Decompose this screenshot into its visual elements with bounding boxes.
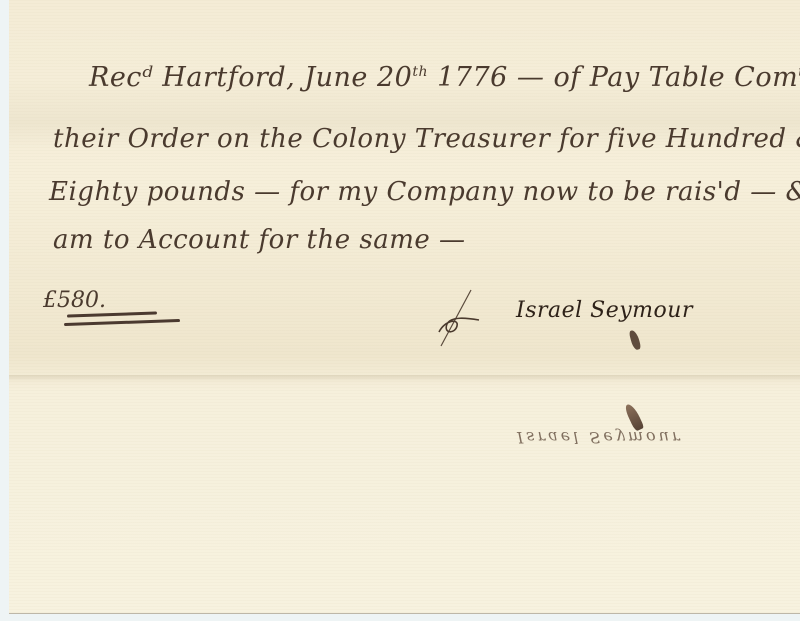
amount-underline-2 (64, 319, 180, 326)
receipt-line-4: am to Account for the same — (53, 225, 466, 255)
signature: Israel Seymour (516, 298, 693, 323)
ink-bleed-through: Israel Seymour (517, 428, 683, 447)
amount-total: £580. (43, 288, 106, 313)
receipt-line-1: Recᵈ Hartford, June 20th 1776 — of Pay T… (89, 62, 800, 93)
line-1-rest: 1776 — of Pay Table Com (428, 62, 798, 93)
receipt-line-3: Eighty pounds — for my Company now to be… (49, 177, 800, 207)
paper-document: Recᵈ Hartford, June 20th 1776 — of Pay T… (9, 0, 800, 613)
per-mark-icon (433, 288, 483, 348)
ink-blot-signature (629, 329, 642, 350)
line-1-text: Recᵈ Hartford, June 20 (89, 62, 412, 93)
receipt-line-2: their Order on the Colony Treasurer for … (53, 124, 800, 154)
line-1-superscript: th (412, 64, 428, 80)
paper-fold-crease (9, 375, 800, 385)
